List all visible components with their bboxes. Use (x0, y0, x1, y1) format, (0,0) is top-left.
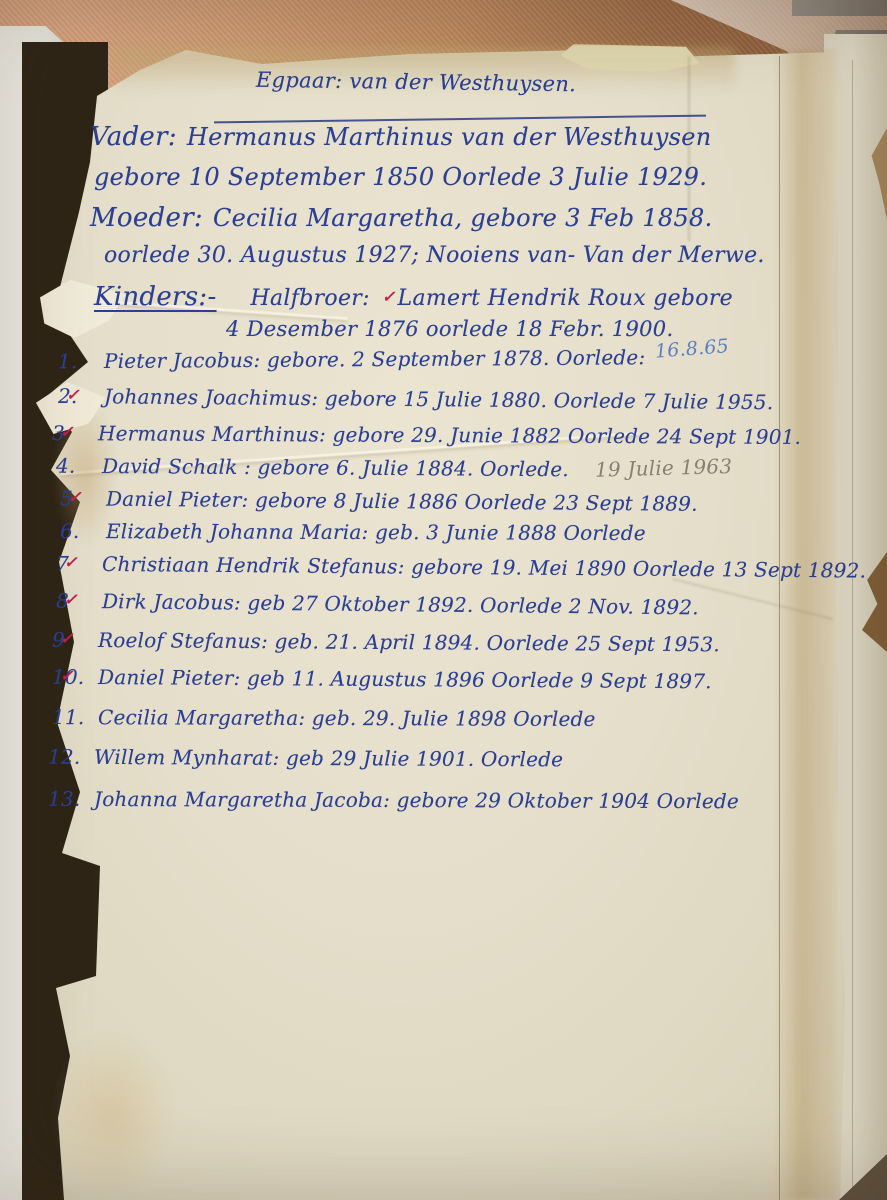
entry-text: Daniel Pieter: geb 11. Augustus 1896 Oor… (98, 665, 712, 693)
father-label: Vader: (90, 122, 177, 152)
page-title: Egpaar: van der Westhuysen. (256, 68, 576, 96)
entry-text: David Schalk : gebore 6. Julie 1884. Oor… (102, 454, 569, 481)
register-entry: 9✓Roelof Stefanus: geb. 21. April 1894. … (52, 628, 720, 657)
entry-number: 2. (58, 384, 104, 408)
mother-line: Moeder:Cecilia Margaretha, gebore 3 Feb … (90, 203, 713, 233)
father-dates: gebore 10 September 1850 Oorlede 3 Julie… (94, 163, 707, 191)
entry-number: 13. (48, 787, 94, 811)
entry-number: 4. (56, 454, 102, 478)
entry-text: Pieter Jacobus: gebore. 2 September 1878… (104, 345, 645, 373)
father-name: Hermanus Marthinus van der Westhuysen (187, 123, 712, 151)
entry-number: 3 (52, 421, 98, 445)
right-edge-stain (774, 50, 836, 1200)
register-entry: 13.Johanna Margaretha Jacoba: gebore 29 … (48, 787, 739, 813)
entry-number: 1. (58, 349, 104, 373)
entry-text: Hermanus Marthinus: gebore 29. Junie 188… (98, 421, 801, 449)
red-checkmark-icon: ✓ (382, 287, 396, 306)
photographed-register-page: Egpaar: van der Westhuysen. Vader:Herman… (0, 0, 887, 1200)
halfbrother-label: Halfbroer: (251, 286, 370, 311)
entry-text: Willem Mynharat: geb 29 Julie 1901. Oorl… (94, 745, 563, 771)
ruled-margin-line (779, 56, 780, 1200)
register-entry: 6.Elizabeth Johanna Maria: geb. 3 Junie … (60, 519, 646, 545)
entry-annotation: 19 Julie 1963 (595, 454, 733, 482)
entry-number: 12. (48, 745, 94, 769)
halfbrother-dates: 4 Desember 1876 oorlede 18 Febr. 1900. (226, 317, 673, 341)
halfbrother-name: Lamert Hendrik Roux gebore (398, 286, 733, 311)
page-edge-line (852, 60, 853, 1200)
register-entry: 3✓Hermanus Marthinus: gebore 29. Junie 1… (52, 421, 801, 449)
entry-number: 10. (52, 665, 98, 689)
register-entry: 12.Willem Mynharat: geb 29 Julie 1901. O… (48, 745, 563, 772)
entry-number: 8 (56, 589, 102, 613)
entry-number: 6. (60, 519, 106, 543)
entry-number: 7 (56, 551, 102, 575)
entry-text: Roelof Stefanus: geb. 21. April 1894. Oo… (98, 628, 720, 656)
entry-number: 11. (52, 705, 98, 729)
mother-label: Moeder: (90, 203, 203, 233)
register-entry: 4.David Schalk : gebore 6. Julie 1884. O… (56, 454, 732, 483)
father-line: Vader:Hermanus Marthinus van der Westhuy… (90, 122, 712, 152)
mother-death-line: oorlede 30. Augustus 1927; Nooiens van- … (104, 243, 765, 268)
entry-text: Elizabeth Johanna Maria: geb. 3 Junie 18… (106, 519, 646, 545)
children-label: Kinders:- (94, 282, 217, 312)
register-entry: 10.✓Daniel Pieter: geb 11. Augustus 1896… (52, 665, 712, 694)
mother-name-and-birth: Cecilia Margaretha, gebore 3 Feb 1858. (213, 204, 713, 232)
register-entry: 11.Cecilia Margaretha: geb. 29. Julie 18… (52, 705, 596, 731)
entry-annotation: 16.8.65 (655, 335, 730, 363)
entry-number: 5 (60, 486, 106, 510)
entry-text: Cecilia Margaretha: geb. 29. Julie 1898 … (98, 705, 596, 731)
entry-number: 9 (52, 628, 98, 652)
register-entry: 1.Pieter Jacobus: gebore. 2 September 18… (58, 345, 729, 374)
entry-text: Johanna Margaretha Jacoba: gebore 29 Okt… (94, 787, 739, 813)
bottom-left-stain (52, 1030, 172, 1200)
children-heading-line: Kinders:-Halfbroer:✓Lamert Hendrik Roux … (94, 282, 733, 312)
